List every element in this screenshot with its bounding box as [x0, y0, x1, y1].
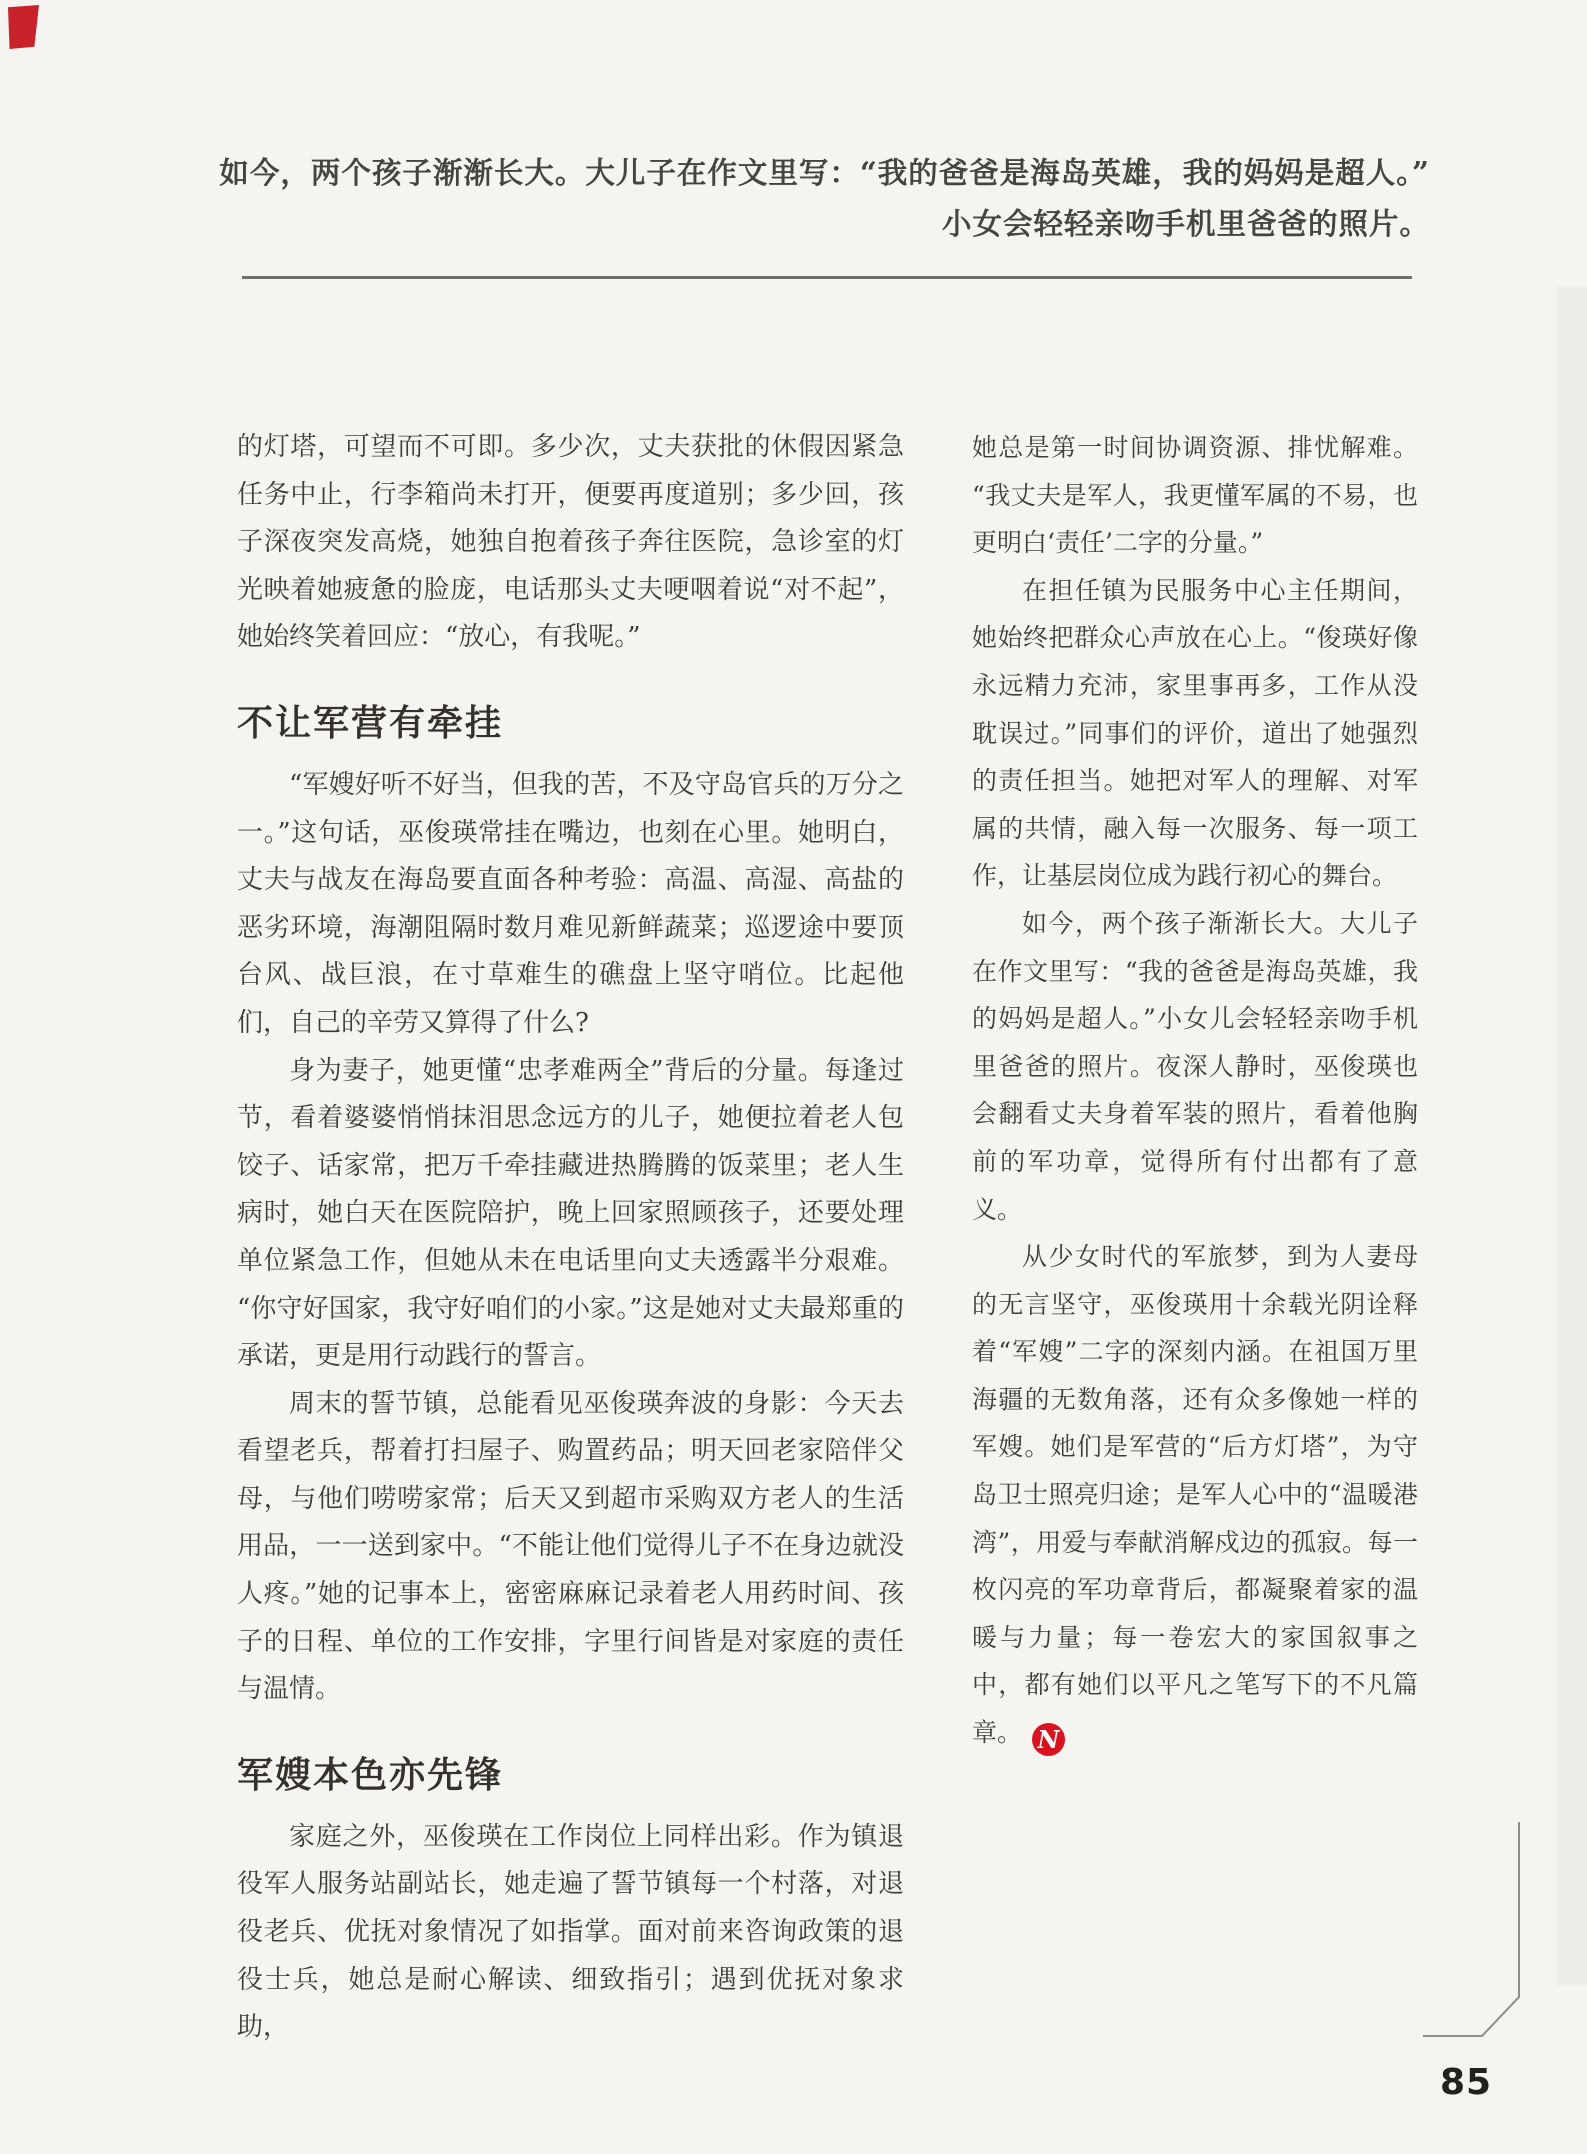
corner-decoration-line: [1414, 1814, 1534, 2044]
divider-rule: [242, 276, 1412, 279]
magazine-page: { "page": { "background": "#f5f4f1", "ac…: [0, 0, 1587, 2154]
right-column: 她总是第一时间协调资源、排忧解难。“我丈夫是军人，我更懂军属的不易，也更明白‘责…: [972, 424, 1418, 1757]
pull-quote-line1: 如今，两个孩子渐渐长大。大儿子在作文里写：“我的爸爸是海岛英雄，我的妈妈是超人。…: [160, 147, 1430, 198]
corner-mark: [8, 5, 39, 49]
body-paragraph: 周末的誓节镇，总能看见巫俊瑛奔波的身影：今天去看望老兵，帮着打扫屋子、购置药品；…: [237, 1381, 904, 1714]
body-paragraph: 身为妻子，她更懂“忠孝难两全”背后的分量。每逢过节，看着婆婆悄悄抹泪思念远方的儿…: [237, 1048, 904, 1381]
body-paragraph: 家庭之外，巫俊瑛在工作岗位上同样出彩。作为镇退役军人服务站副站长，她走遍了誓节镇…: [237, 1814, 904, 2052]
pull-quote-line2: 小女会轻轻亲吻手机里爸爸的照片。: [160, 198, 1430, 249]
body-paragraph: 在担任镇为民服务中心主任期间，她始终把群众心声放在心上。“俊瑛好像永远精力充沛，…: [972, 567, 1418, 900]
section-heading: 军嫂本色亦先锋: [237, 1754, 904, 1798]
left-column: 的灯塔，可望而不可即。多少次，丈夫获批的休假因紧急任务中止，行李箱尚未打开，便要…: [237, 424, 904, 2052]
page-edge-shade: [1557, 287, 1587, 1985]
body-paragraph: “军嫂好听不好当，但我的苦，不及守岛官兵的万分之一。”这句话，巫俊瑛常挂在嘴边，…: [237, 762, 904, 1048]
body-paragraph: 从少女时代的军旅梦，到为人妻母的无言坚守，巫俊瑛用十余载光阴诠释着“军嫂”二字的…: [972, 1233, 1418, 1757]
page-number: 85: [1440, 2062, 1492, 2103]
end-of-article-logo: N: [1032, 1723, 1065, 1756]
body-paragraph: 她总是第一时间协调资源、排忧解难。“我丈夫是军人，我更懂军属的不易，也更明白‘责…: [972, 424, 1418, 567]
pull-quote: 如今，两个孩子渐渐长大。大儿子在作文里写：“我的爸爸是海岛英雄，我的妈妈是超人。…: [160, 147, 1430, 249]
body-paragraph: 的灯塔，可望而不可即。多少次，丈夫获批的休假因紧急任务中止，行李箱尚未打开，便要…: [237, 424, 904, 662]
section-heading: 不让军营有牵挂: [237, 702, 904, 746]
body-paragraph: 如今，两个孩子渐渐长大。大儿子在作文里写：“我的爸爸是海岛英雄，我的妈妈是超人。…: [972, 900, 1418, 1233]
